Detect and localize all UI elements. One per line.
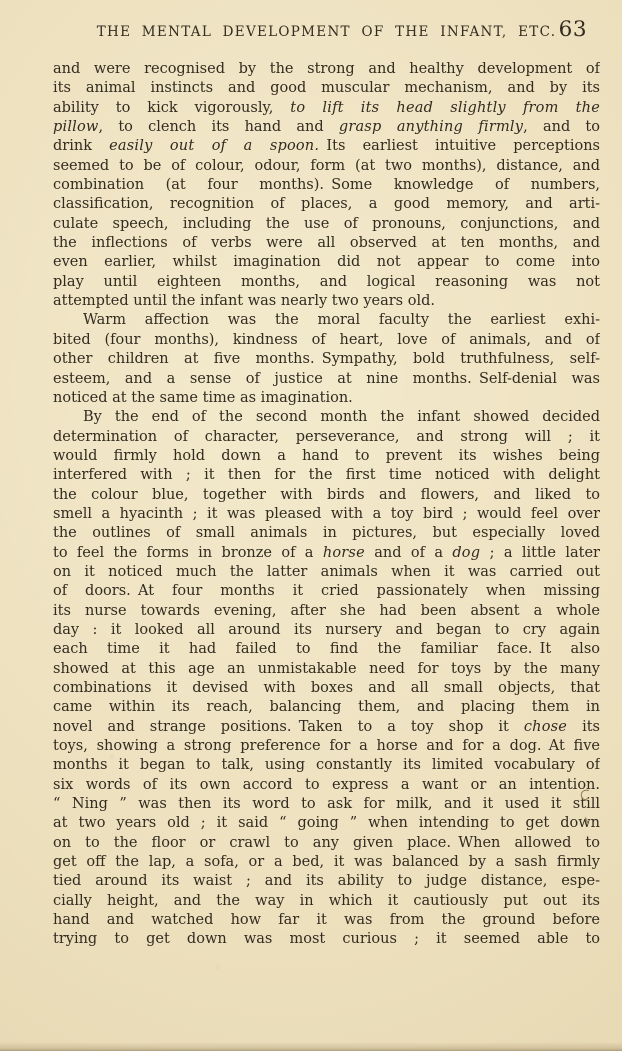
text-line: even earlier, whilst imagination did not… [53, 253, 600, 272]
text-line: months it began to talk, using constantl… [53, 756, 600, 775]
text-line: toys, showing a strong preference for a … [53, 737, 600, 756]
text-segment: on it noticed much the latter animals wh… [53, 564, 600, 580]
text-segment: ; a little later [480, 545, 600, 561]
text-segment: play until eighteen months, and logical … [53, 274, 600, 290]
text-line: ability to kick vigorously, to lift its … [53, 99, 600, 118]
text-segment: get off the lap, a sofa, or a bed, it wa… [53, 854, 600, 870]
text-segment: of doors. At four months it cried passio… [53, 583, 600, 599]
text-line: classification, recognition of places, a… [53, 195, 600, 214]
text-segment: its nurse towards evening, after she had… [53, 603, 600, 619]
text-line: to feel the forms in bronze of a horse a… [53, 544, 600, 563]
header-title: THE MENTAL DEVELOPMENT OF THE INFANT, ET… [53, 24, 600, 40]
text-line: other children at five months. Sympathy,… [53, 350, 600, 369]
text-line: hand and watched how far it was from the… [53, 911, 600, 930]
text-segment: would firmly hold down a hand to prevent… [53, 448, 600, 464]
text-line: on it noticed much the latter animals wh… [53, 563, 600, 582]
text-line: the outlines of small animals in picture… [53, 524, 600, 543]
text-segment: Its earliest intuitive perceptions [319, 138, 600, 154]
text-segment: By the end of the second month the infan… [83, 409, 600, 425]
text-line: pillow, to clench its hand and grasp any… [53, 118, 600, 137]
text-line: drink easily out of a spoon. Its earlies… [53, 137, 600, 156]
italic-text-segment: easily out of a spoon. [109, 138, 319, 154]
text-segment: hand and watched how far it was from the… [53, 912, 600, 928]
text-line: play until eighteen months, and logical … [53, 273, 600, 292]
text-segment: trying to get down was most curious ; it… [53, 931, 600, 947]
text-line: came within its reach, balancing them, a… [53, 698, 600, 717]
text-segment: attempted until the infant was nearly tw… [53, 293, 435, 309]
text-segment: Warm affection was the moral faculty the… [83, 312, 600, 328]
text-line: trying to get down was most curious ; it… [53, 930, 600, 949]
paragraph: By the end of the second month the infan… [53, 408, 600, 950]
book-page: THE MENTAL DEVELOPMENT OF THE INFANT, ET… [0, 0, 622, 1051]
text-segment: its [567, 719, 600, 735]
text-line: combination (at four months). Some knowl… [53, 176, 600, 195]
pencil-squiggle-icon [572, 788, 596, 830]
text-segment: interfered with ; it then for the first … [53, 467, 600, 483]
text-segment: drink [53, 138, 109, 154]
text-segment: ability to kick vigorously, [53, 100, 290, 116]
text-line: By the end of the second month the infan… [53, 408, 600, 427]
text-line: day : it looked all around its nursery a… [53, 621, 600, 640]
italic-text-segment: dog [452, 545, 480, 561]
paragraph: Warm affection was the moral faculty the… [53, 311, 600, 408]
text-segment: toys, showing a strong preference for a … [53, 738, 600, 754]
text-segment: cially height, and the way in which it c… [53, 893, 600, 909]
text-line: each time it had failed to find the fami… [53, 640, 600, 659]
text-line: novel and strange positions. Taken to a … [53, 718, 600, 737]
text-line: “ Ning ” was then its word to ask for mi… [53, 795, 600, 814]
text-segment: , to clench its hand and [99, 119, 339, 135]
text-line: its nurse towards evening, after she had… [53, 602, 600, 621]
text-segment: and were recognised by the strong and he… [53, 61, 600, 77]
italic-text-segment: pillow [53, 119, 99, 135]
text-segment: day : it looked all around its nursery a… [53, 622, 600, 638]
text-segment: combination (at four months). Some knowl… [53, 177, 600, 193]
text-line: bited (four months), kindness of heart, … [53, 331, 600, 350]
text-segment: seemed to be of colour, odour, form (at … [53, 158, 600, 174]
text-line: culate speech, including the use of pron… [53, 215, 600, 234]
text-segment: smell a hyacinth ; it was pleased with a… [53, 506, 600, 522]
text-line: noticed at the same time as imagination. [53, 389, 600, 408]
text-line: would firmly hold down a hand to prevent… [53, 447, 600, 466]
text-segment: to feel the forms in bronze of a [53, 545, 323, 561]
text-segment: the inflections of verbs were all observ… [53, 235, 600, 251]
text-segment: combinations it devised with boxes and a… [53, 680, 600, 696]
text-segment: determination of character, perseverance… [53, 429, 600, 445]
text-segment: six words of its own accord to express a… [53, 777, 600, 793]
text-line: determination of character, perseverance… [53, 428, 600, 447]
text-segment: its animal instincts and good muscular m… [53, 80, 600, 96]
text-segment: and of a [365, 545, 452, 561]
italic-text-segment: grasp anything firmly [339, 119, 523, 135]
page-bottom-edge [0, 1042, 622, 1051]
text-segment: bited (four months), kindness of heart, … [53, 332, 600, 348]
text-segment: each time it had failed to find the fami… [53, 641, 600, 657]
italic-text-segment: to lift its head slightly from the [290, 100, 600, 116]
text-segment: culate speech, including the use of pron… [53, 216, 600, 232]
text-line: Warm affection was the moral faculty the… [53, 311, 600, 330]
pencil-tick-icon [586, 818, 588, 823]
text-segment: classification, recognition of places, a… [53, 196, 600, 212]
text-line: esteem, and a sense of justice at nine m… [53, 370, 600, 389]
text-line: six words of its own accord to express a… [53, 776, 600, 795]
text-block: and were recognised by the strong and he… [53, 60, 600, 950]
text-line: smell a hyacinth ; it was pleased with a… [53, 505, 600, 524]
text-line: get off the lap, a sofa, or a bed, it wa… [53, 853, 600, 872]
text-line: interfered with ; it then for the first … [53, 466, 600, 485]
text-segment: “ Ning ” was then its word to ask for mi… [53, 796, 600, 812]
text-line: showed at this age an unmistakable need … [53, 660, 600, 679]
text-line: cially height, and the way in which it c… [53, 892, 600, 911]
text-segment: the outlines of small animals in picture… [53, 525, 600, 541]
text-segment: , and to [523, 119, 600, 135]
text-line: the colour blue, together with birds and… [53, 486, 600, 505]
text-line: at two years old ; it said “ going ” whe… [53, 814, 600, 833]
text-line: attempted until the infant was nearly tw… [53, 292, 600, 311]
text-line: its animal instincts and good muscular m… [53, 79, 600, 98]
text-line: seemed to be of colour, odour, form (at … [53, 157, 600, 176]
running-header: THE MENTAL DEVELOPMENT OF THE INFANT, ET… [53, 24, 600, 50]
text-segment: tied around its waist ; and its ability … [53, 873, 600, 889]
text-segment: on to the floor or crawl to any given pl… [53, 835, 600, 851]
text-line: the inflections of verbs were all observ… [53, 234, 600, 253]
text-line: on to the floor or crawl to any given pl… [53, 834, 600, 853]
paragraph: and were recognised by the strong and he… [53, 60, 600, 311]
text-segment: at two years old ; it said “ going ” whe… [53, 815, 600, 831]
text-segment: esteem, and a sense of justice at nine m… [53, 371, 600, 387]
text-line: and were recognised by the strong and he… [53, 60, 600, 79]
italic-text-segment: horse [323, 545, 365, 561]
text-line: of doors. At four months it cried passio… [53, 582, 600, 601]
text-segment: novel and strange positions. Taken to a … [53, 719, 524, 735]
text-segment: months it began to talk, using constantl… [53, 757, 600, 773]
text-line: tied around its waist ; and its ability … [53, 872, 600, 891]
text-segment: noticed at the same time as imagination. [53, 390, 353, 406]
text-segment: other children at five months. Sympathy,… [53, 351, 600, 367]
page-number: 63 [559, 17, 587, 42]
text-segment: even earlier, whilst imagination did not… [53, 254, 600, 270]
margin-pencil-marks [572, 788, 596, 830]
text-segment: showed at this age an unmistakable need … [53, 661, 600, 677]
text-segment: the colour blue, together with birds and… [53, 487, 600, 503]
italic-text-segment: chose [524, 719, 567, 735]
text-line: combinations it devised with boxes and a… [53, 679, 600, 698]
text-segment: came within its reach, balancing them, a… [53, 699, 600, 715]
